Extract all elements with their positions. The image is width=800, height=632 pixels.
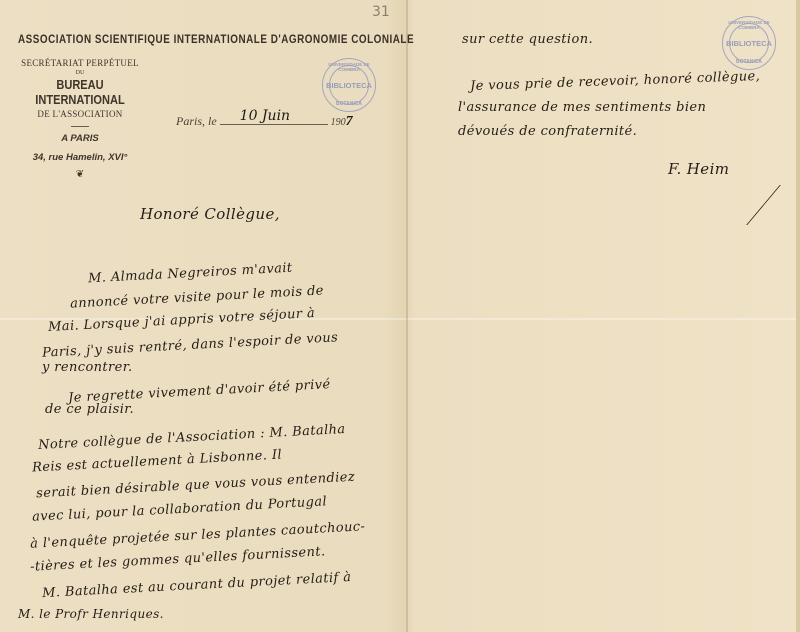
letter-line: y rencontrer. [42, 360, 133, 375]
letter-line: de ce plaisir. [45, 402, 134, 417]
letterhead-rule [71, 126, 89, 127]
library-stamp: UNIVERSIDADE DE COIMBRA BIBLIOTECA BOTAN… [322, 58, 376, 112]
recipient-line: M. le Profr Henriques. [18, 607, 164, 621]
bureau-label: BUREAU INTERNATIONAL [21, 77, 140, 107]
date-blank: 10 Juin [220, 114, 328, 125]
letter-line: l'assurance de mes sentiments bien [458, 100, 706, 115]
du-label: DU [10, 70, 150, 76]
signature: F. Heim [668, 160, 729, 178]
library-stamp: UNIVERSIDADE DE COIMBRA BIBLIOTECA BOTAN… [722, 16, 776, 70]
paper-edge [796, 0, 800, 632]
address-label: 34, rue Hamelin, XVI° [10, 152, 150, 163]
letter-line: dévoués de confraternité. [458, 124, 637, 139]
ornament-icon: ❦ [10, 169, 150, 180]
dateline: Paris, le 10 Juin 1907 [176, 114, 353, 130]
letterhead: SECRÉTARIAT PERPÉTUEL DU BUREAU INTERNAT… [10, 58, 150, 180]
letter-line: sur cette question. [462, 32, 593, 47]
association-heading: ASSOCIATION SCIENTIFIQUE INTERNATIONALE … [18, 34, 414, 46]
dateline-prefix: Paris, le [176, 114, 217, 128]
vertical-fold [406, 0, 408, 632]
stamp-center: BIBLIOTECA [726, 39, 772, 48]
stamp-center: BIBLIOTECA [326, 81, 372, 90]
salutation: Honoré Collègue, [140, 205, 280, 223]
handwritten-date: 10 Juin [240, 108, 290, 124]
secretariat-label: SECRÉTARIAT PERPÉTUEL [10, 58, 150, 68]
association-label: DE L'ASSOCIATION [10, 109, 150, 119]
city-label: A PARIS [10, 133, 150, 144]
folio-number: 31 [372, 4, 390, 20]
year: 1907 [331, 117, 353, 128]
